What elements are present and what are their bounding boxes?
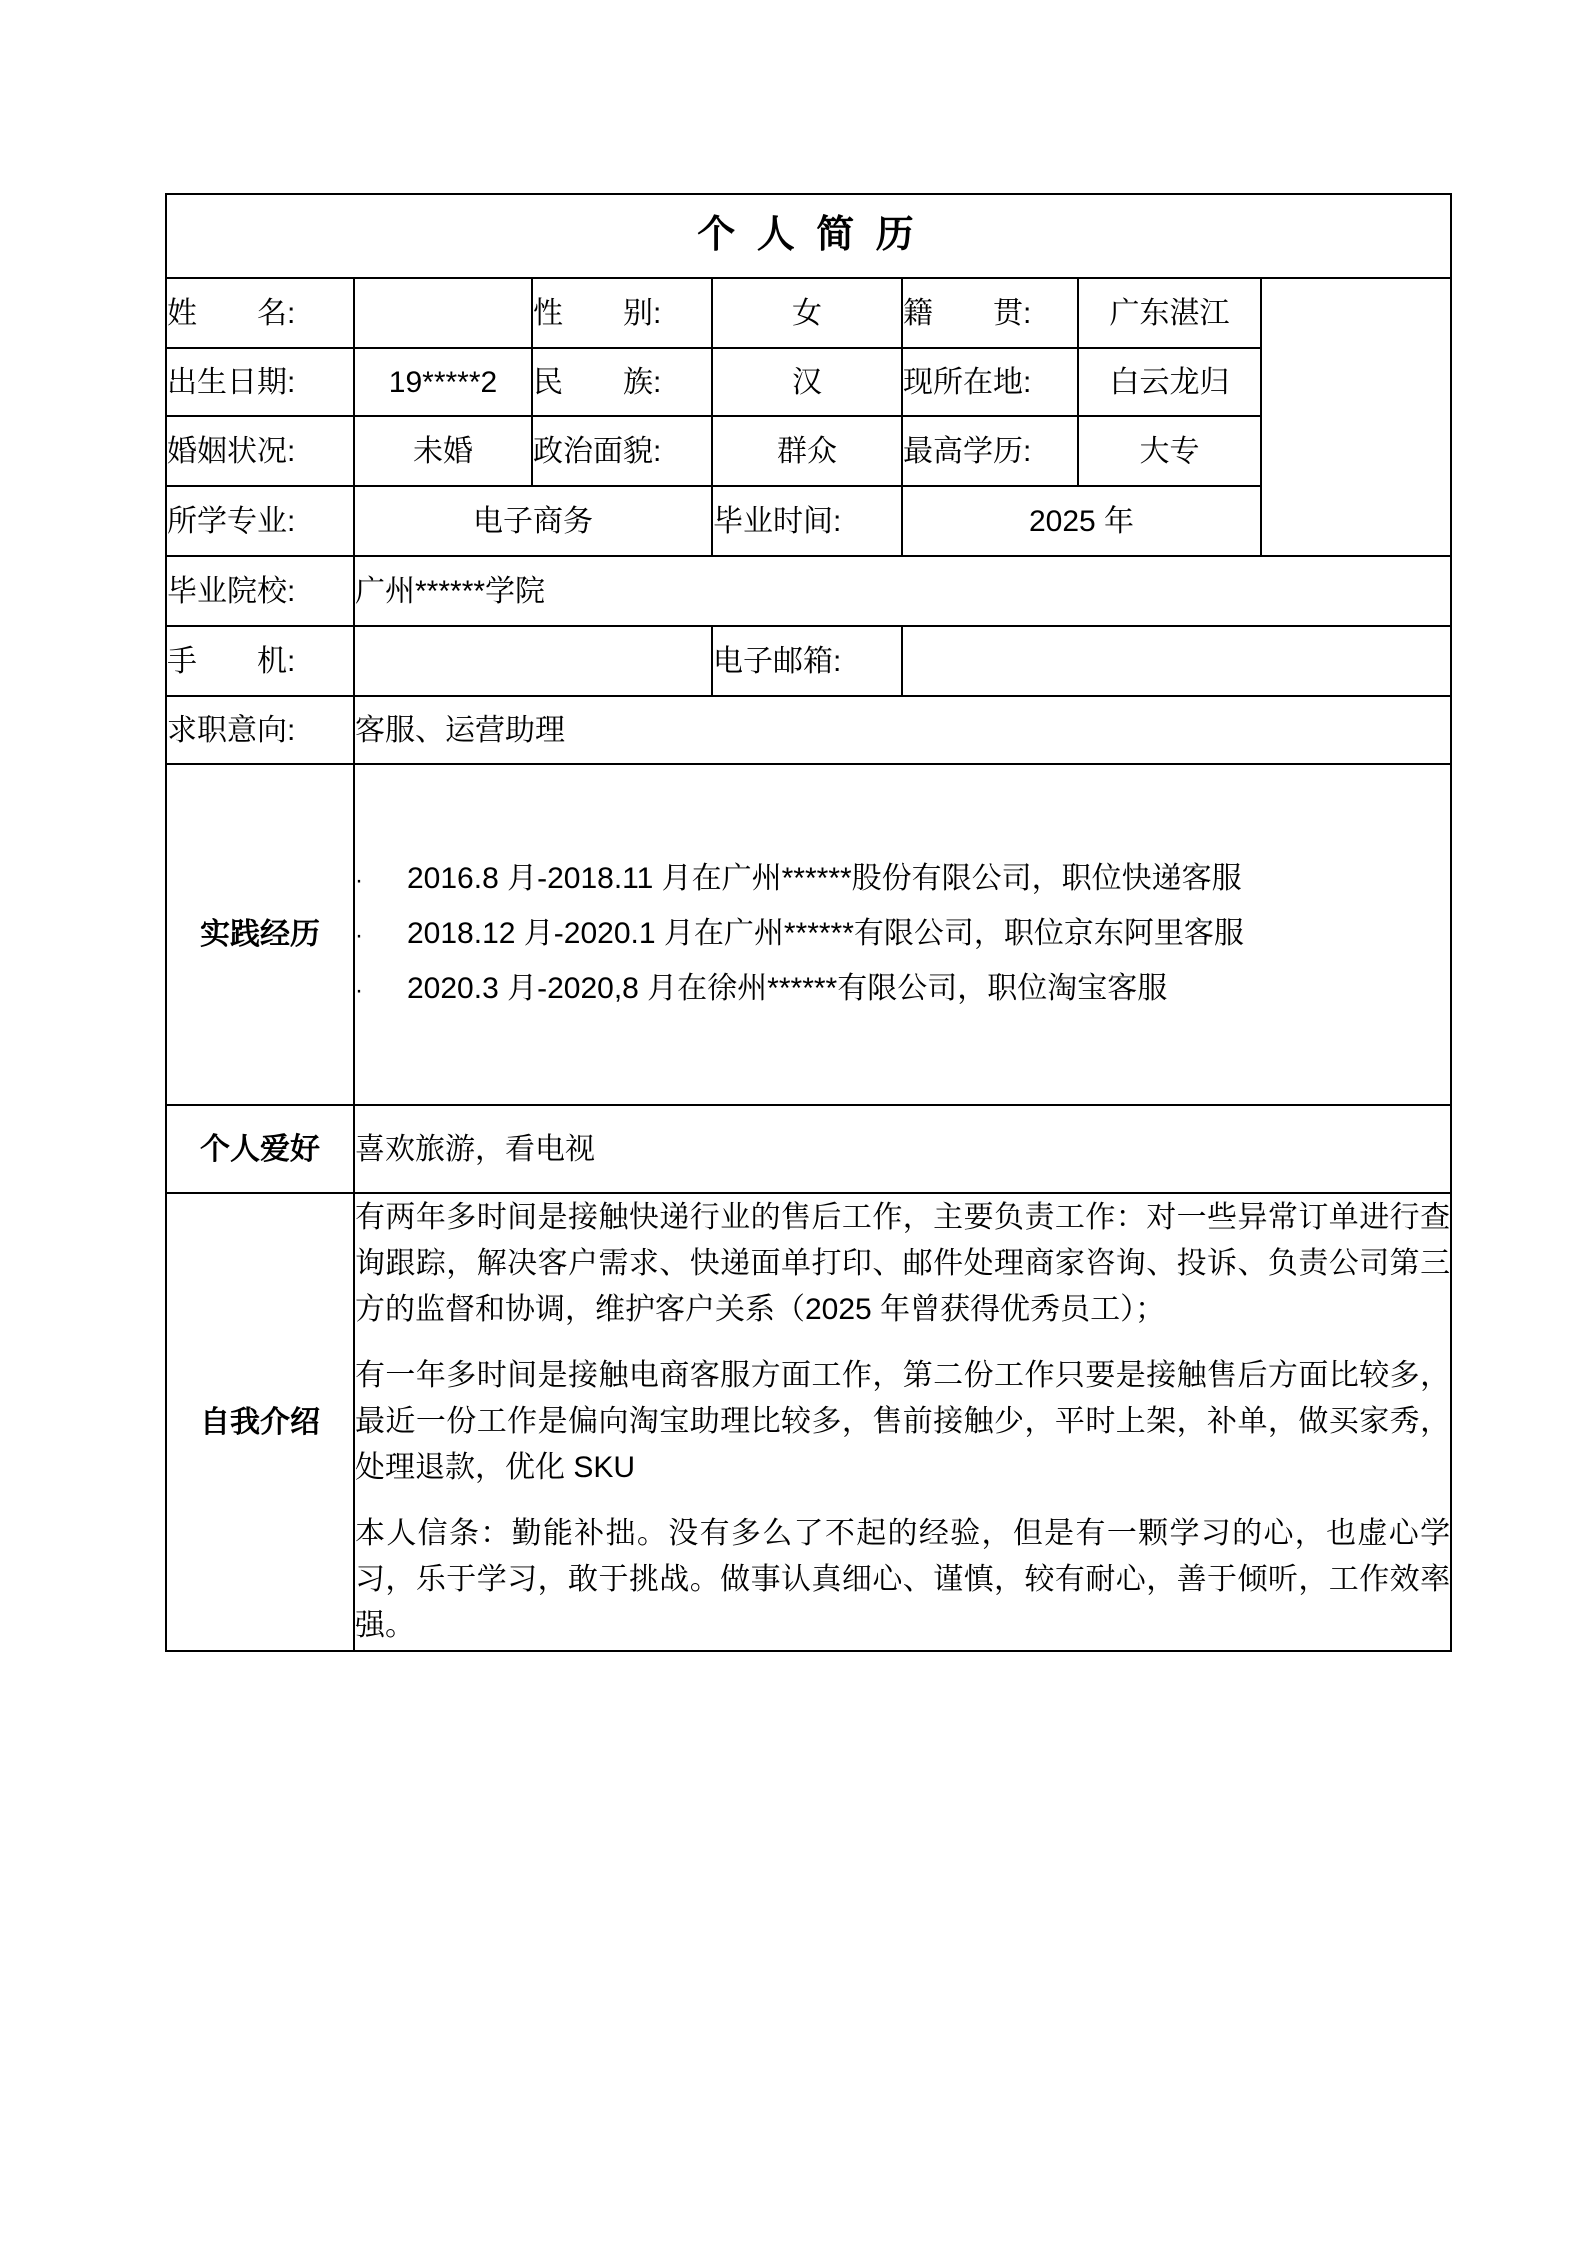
intro-paragraph: 有两年多时间是接触快递行业的售后工作，主要负责工作：对一些异常订单进行查询跟踪，… — [355, 1195, 1450, 1333]
graduation-value: 2025 年 — [902, 486, 1261, 556]
objective-value: 客服、运营助理 — [354, 696, 1451, 764]
experience-item-text: 2016.8 月-2018.11 月在广州******股份有限公司，职位快递客服 — [407, 855, 1450, 903]
ethnic-value: 汉 — [712, 348, 902, 416]
school-value: 广州******学院 — [354, 556, 1451, 626]
gender-label: 性 别: — [532, 278, 712, 348]
graduation-label: 毕业时间: — [712, 486, 902, 556]
bullet-icon: · — [355, 967, 407, 1015]
name-value — [354, 278, 532, 348]
major-value: 电子商务 — [354, 486, 712, 556]
experience-item: · 2018.12 月-2020.1 月在广州******有限公司，职位京东阿里… — [355, 910, 1450, 960]
political-value: 群众 — [712, 416, 902, 486]
experience-list: · 2016.8 月-2018.11 月在广州******股份有限公司，职位快递… — [354, 764, 1451, 1105]
political-label: 政治面貌: — [532, 416, 712, 486]
resume-page: 个 人 简 历 姓 名: 性 别: 女 籍 贯: 广东湛江 出生日期: 19**… — [0, 0, 1587, 2245]
origin-value: 广东湛江 — [1078, 278, 1261, 348]
email-label: 电子邮箱: — [712, 626, 902, 696]
marital-label: 婚姻状况: — [166, 416, 354, 486]
bullet-icon: · — [355, 912, 407, 960]
bullet-icon: · — [355, 857, 407, 905]
experience-item: · 2016.8 月-2018.11 月在广州******股份有限公司，职位快递… — [355, 855, 1450, 905]
page-title: 个 人 简 历 — [166, 194, 1451, 278]
origin-label: 籍 贯: — [902, 278, 1078, 348]
resume-table: 个 人 简 历 姓 名: 性 别: 女 籍 贯: 广东湛江 出生日期: 19**… — [165, 193, 1452, 1652]
degree-label: 最高学历: — [902, 416, 1078, 486]
birth-label: 出生日期: — [166, 348, 354, 416]
mobile-value — [354, 626, 712, 696]
hobby-label: 个人爱好 — [166, 1105, 354, 1193]
photo-placeholder — [1261, 278, 1451, 556]
major-label: 所学专业: — [166, 486, 354, 556]
intro-text: 有两年多时间是接触快递行业的售后工作，主要负责工作：对一些异常订单进行查询跟踪，… — [354, 1193, 1451, 1651]
experience-item-text: 2018.12 月-2020.1 月在广州******有限公司，职位京东阿里客服 — [407, 910, 1450, 958]
experience-item: · 2020.3 月-2020,8 月在徐州******有限公司，职位淘宝客服 — [355, 965, 1450, 1015]
marital-value: 未婚 — [354, 416, 532, 486]
location-value: 白云龙归 — [1078, 348, 1261, 416]
email-value — [902, 626, 1451, 696]
degree-value: 大专 — [1078, 416, 1261, 486]
ethnic-label: 民 族: — [532, 348, 712, 416]
intro-paragraph: 本人信条：勤能补拙。没有多么了不起的经验，但是有一颗学习的心，也虚心学习，乐于学… — [355, 1511, 1450, 1649]
birth-value: 19*****2 — [354, 348, 532, 416]
hobby-value: 喜欢旅游，看电视 — [354, 1105, 1451, 1193]
location-label: 现所在地: — [902, 348, 1078, 416]
objective-label: 求职意向: — [166, 696, 354, 764]
intro-label: 自我介绍 — [166, 1193, 354, 1651]
intro-paragraph: 有一年多时间是接触电商客服方面工作，第二份工作只要是接触售后方面比较多，最近一份… — [355, 1353, 1450, 1491]
experience-label: 实践经历 — [166, 764, 354, 1105]
mobile-label: 手 机: — [166, 626, 354, 696]
gender-value: 女 — [712, 278, 902, 348]
name-label: 姓 名: — [166, 278, 354, 348]
experience-item-text: 2020.3 月-2020,8 月在徐州******有限公司，职位淘宝客服 — [407, 965, 1450, 1013]
school-label: 毕业院校: — [166, 556, 354, 626]
